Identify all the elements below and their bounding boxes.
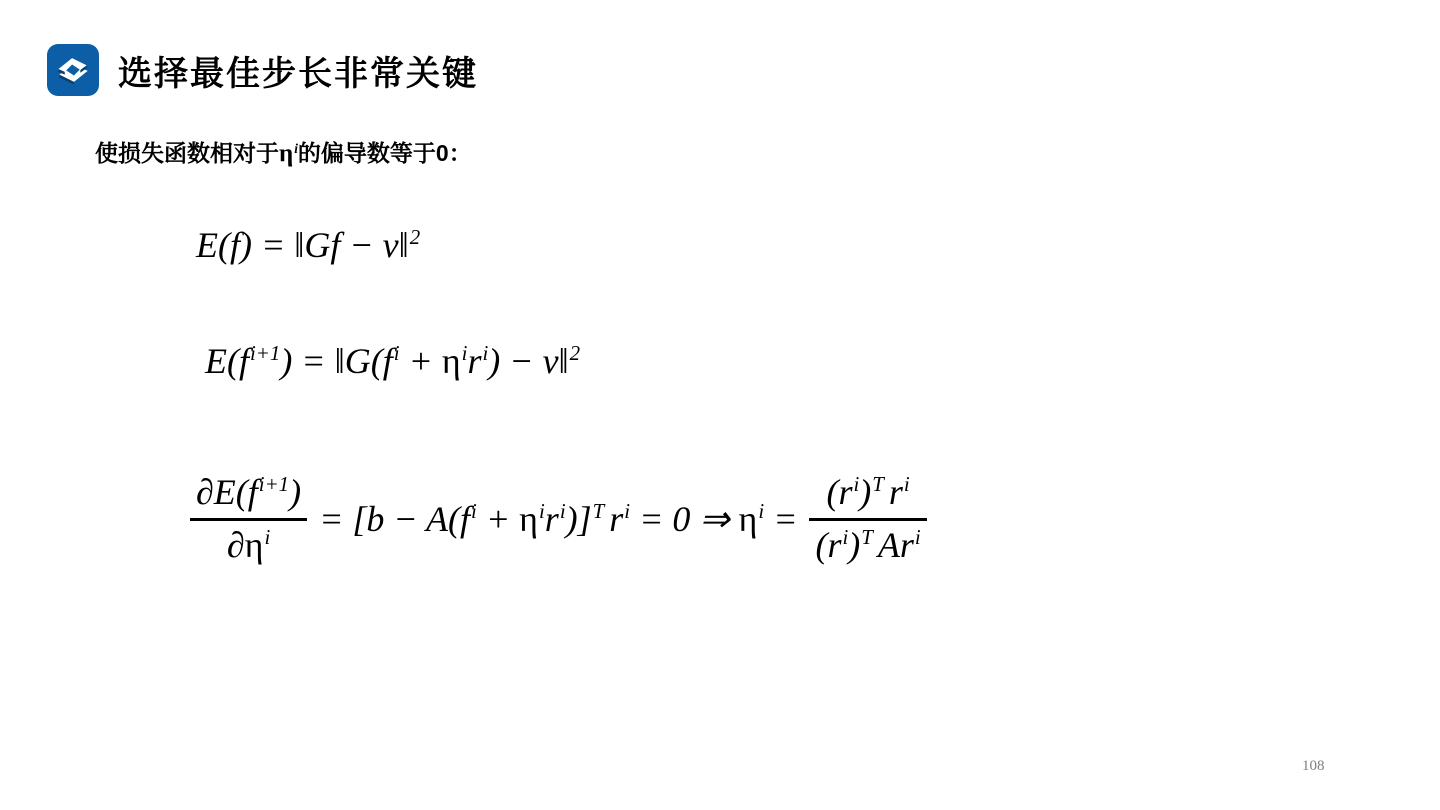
math-run: ) = ‖G(f bbox=[280, 341, 392, 381]
math-run: ) bbox=[848, 525, 860, 565]
ribbon-s-icon bbox=[51, 48, 95, 92]
math-sup: 2 bbox=[570, 341, 580, 365]
ribbon-s-logo-icon bbox=[47, 44, 99, 96]
math-run: Ar bbox=[878, 525, 914, 565]
math-sup: i bbox=[915, 525, 921, 549]
fraction-denominator: ∂ηi bbox=[221, 525, 276, 566]
math-run: r bbox=[609, 499, 623, 539]
math-sup: i bbox=[264, 525, 270, 549]
equation-3-middle: = [b − A(fi + ηiri)]Tri = 0 ⇒ ηi = bbox=[319, 496, 797, 542]
intro-post: 的偏导数等于0： bbox=[298, 140, 472, 166]
fraction-rhs: (ri)Tri (ri)TAri bbox=[809, 472, 926, 567]
math-sup: 2 bbox=[410, 225, 420, 249]
page-number: 108 bbox=[1302, 758, 1325, 775]
math-eta: η bbox=[245, 525, 264, 565]
fraction-bar bbox=[809, 518, 926, 521]
math-run: (r bbox=[826, 472, 852, 512]
math-run: ∂ bbox=[227, 525, 245, 565]
math-run: ) bbox=[289, 472, 301, 512]
math-run: r bbox=[545, 499, 559, 539]
math-run: )] bbox=[566, 499, 592, 539]
equation-2: E(fi+1) = ‖G(fi + ηiri) − v‖2 bbox=[205, 338, 580, 384]
intro-pre: 使损失函数相对于 bbox=[95, 140, 279, 166]
math-run: + bbox=[477, 499, 519, 539]
math-run: ) − v‖ bbox=[488, 341, 568, 381]
math-run: = [b − A(f bbox=[319, 499, 470, 539]
fraction-numerator: (ri)Tri bbox=[820, 472, 915, 513]
math-run: E(f) = ‖Gf − v‖ bbox=[196, 225, 409, 265]
math-sup: i bbox=[904, 472, 910, 496]
math-run: r bbox=[889, 472, 903, 512]
math-run: = 0 ⇒ bbox=[630, 499, 738, 539]
math-sup: i+1 bbox=[250, 341, 280, 365]
intro-text: 使损失函数相对于ηi的偏导数等于0： bbox=[95, 138, 472, 169]
math-run: r bbox=[467, 341, 481, 381]
slide: 选择最佳步长非常关键 使损失函数相对于ηi的偏导数等于0： E(f) = ‖Gf… bbox=[0, 0, 1440, 810]
math-eta: η bbox=[442, 341, 461, 381]
math-run: ) bbox=[859, 472, 871, 512]
fraction-denominator: (ri)TAri bbox=[809, 525, 926, 566]
math-run: + bbox=[400, 341, 442, 381]
math-sup-T: T bbox=[593, 499, 605, 523]
math-eta: η bbox=[739, 499, 758, 539]
fraction-bar bbox=[190, 518, 307, 521]
math-run: E(f bbox=[205, 341, 249, 381]
math-sup-T: T bbox=[861, 525, 873, 549]
math-eta: η bbox=[519, 499, 538, 539]
intro-eta: η bbox=[279, 140, 293, 167]
math-sup: i+1 bbox=[259, 472, 289, 496]
equation-1: E(f) = ‖Gf − v‖2 bbox=[196, 222, 420, 268]
math-run: (r bbox=[815, 525, 841, 565]
fraction-lhs: ∂E(fi+1) ∂ηi bbox=[190, 472, 307, 567]
page-title: 选择最佳步长非常关键 bbox=[118, 42, 478, 98]
equation-3: ∂E(fi+1) ∂ηi = [b − A(fi + ηiri)]Tri = 0… bbox=[190, 450, 927, 588]
math-run: ∂E(f bbox=[196, 472, 258, 512]
math-run: = bbox=[764, 499, 797, 539]
fraction-numerator: ∂E(fi+1) bbox=[190, 472, 307, 513]
math-sup-T: T bbox=[872, 472, 884, 496]
